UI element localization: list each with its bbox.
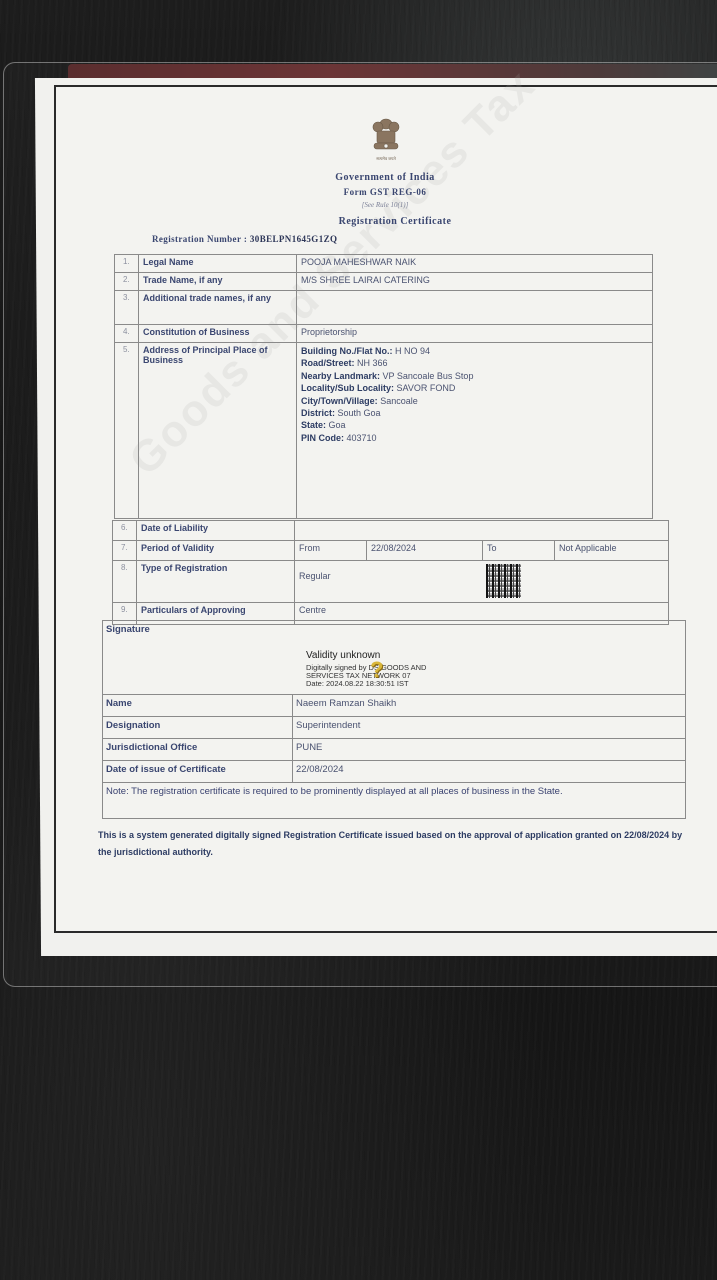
row-label: Date of Liability [137,521,295,541]
row-number: 8. [113,561,137,603]
note-row: Note: The registration certificate is re… [103,783,686,819]
row-label: Designation [103,717,293,739]
address-landmark: Nearby Landmark: VP Sancoale Bus Stop [301,370,648,382]
table-row: Designation Superintendent [103,717,686,739]
row-number: 5. [115,343,139,519]
officer-name-value: Naeem Ramzan Shaikh [293,695,686,717]
table-row: Jurisdictional Office PUNE [103,739,686,761]
address-value: Building No./Flat No.: H NO 94 Road/Stre… [297,343,653,519]
row-number: 7. [113,541,137,561]
certificate-title: Registration Certificate [270,216,520,227]
registration-number-label: Registration Number : [152,234,247,244]
registration-details-table: 1. Legal Name POOJA MAHESHWAR NAIK 2. Tr… [114,254,653,519]
row-number: 1. [115,255,139,273]
row-number: 6. [113,521,137,541]
legal-name-value: POOJA MAHESHWAR NAIK [297,255,653,273]
additional-trade-names-value [297,291,653,325]
registration-validity-table: 6. Date of Liability 7. Period of Validi… [112,520,669,625]
signature-signed-by: Digitally signed by DS GOODS AND SERVICE… [306,664,426,688]
jurisdictional-office-value: PUNE [293,739,686,761]
address-city: City/Town/Village: Sancoale [301,395,648,407]
validity-to-label: To [483,541,555,561]
date-of-liability-value [295,521,669,541]
display-note: Note: The registration certificate is re… [103,783,686,819]
validity-from-label: From [295,541,367,561]
table-row: 2. Trade Name, if any M/S SHREE LAIRAI C… [115,273,653,291]
table-row: Name Naeem Ramzan Shaikh [103,695,686,717]
row-label: Type of Registration [137,561,295,603]
trade-name-value: M/S SHREE LAIRAI CATERING [297,273,653,291]
address-building: Building No./Flat No.: H NO 94 [301,345,648,357]
question-mark-icon: ? [370,657,383,683]
registration-certificate: Goods and Services Tax सत्यमेव जयते Gove… [0,0,717,960]
rule-reference: [See Rule 10(1)] [260,201,510,209]
row-label: Trade Name, if any [139,273,297,291]
row-label: Address of Principal Place of Business [139,343,297,519]
table-row: 1. Legal Name POOJA MAHESHWAR NAIK [115,255,653,273]
issue-date-value: 22/08/2024 [293,761,686,783]
row-label: Constitution of Business [139,325,297,343]
row-label: Period of Validity [137,541,295,561]
table-row: 4. Constitution of Business Proprietorsh… [115,325,653,343]
address-district: District: South Goa [301,407,648,419]
row-label: Date of issue of Certificate [103,761,293,783]
designation-value: Superintendent [293,717,686,739]
svg-text:सत्यमेव जयते: सत्यमेव जयते [376,156,396,161]
validity-to-value: Not Applicable [555,541,669,561]
qr-code [486,564,521,598]
row-number: 3. [115,291,139,325]
government-heading: Government of India [260,172,510,183]
digital-signature-block: Validity unknown Digitally signed by DS … [306,650,426,688]
table-row: 5. Address of Principal Place of Busines… [115,343,653,519]
row-label: Jurisdictional Office [103,739,293,761]
constitution-value: Proprietorship [297,325,653,343]
registration-type-value: Regular [295,561,669,603]
row-label: Name [103,695,293,717]
registration-number-value: 30BELPN1645G1ZQ [250,234,338,244]
table-row: 3. Additional trade names, if any [115,291,653,325]
address-road: Road/Street: NH 366 [301,357,648,369]
row-number: 4. [115,325,139,343]
row-number: 2. [115,273,139,291]
row-label: Additional trade names, if any [139,291,297,325]
form-name: Form GST REG-06 [260,187,510,197]
table-row: 6. Date of Liability [113,521,669,541]
table-row: 8. Type of Registration Regular [113,561,669,603]
validity-from-value: 22/08/2024 [367,541,483,561]
table-row: 7. Period of Validity From 22/08/2024 To… [113,541,669,561]
address-pin: PIN Code: 403710 [301,432,648,444]
system-generated-footer: This is a system generated digitally sig… [98,827,688,861]
registration-number: Registration Number : 30BELPN1645G1ZQ [152,234,337,244]
address-locality: Locality/Sub Locality: SAVOR FOND [301,382,648,394]
table-row: Date of issue of Certificate 22/08/2024 [103,761,686,783]
address-state: State: Goa [301,419,648,431]
row-label: Legal Name [139,255,297,273]
national-emblem-icon: सत्यमेव जयते [368,116,404,164]
signature-validity-status: Validity unknown [306,650,426,661]
